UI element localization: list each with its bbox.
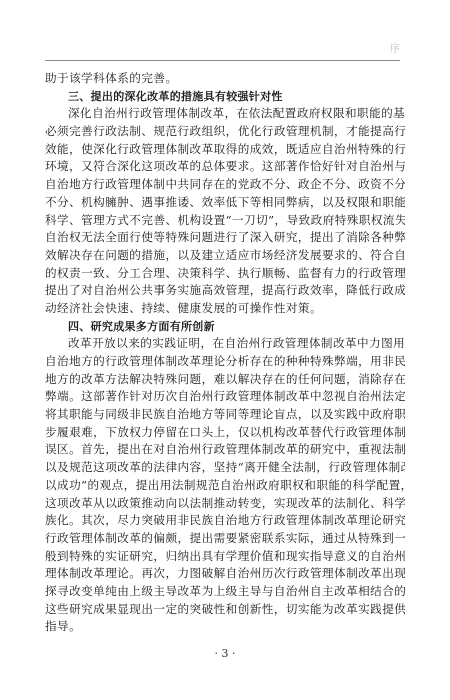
page-number: · 3 · — [0, 647, 450, 660]
paragraph-line: 动经济社会快速、持续、健康发展的可操作性对策。 — [45, 300, 405, 318]
paragraph-line: 将其职能与同级非民族自治地方等同等理论盲点，以及实践中政府职能转变 — [45, 406, 405, 424]
paragraph-line: 误区。首先，提出在对自治州行政管理体制改革的研究中，重视法制的作用 — [45, 441, 405, 459]
paragraph-line: 族化。其次，尽力突破用非民族自治地方行政管理体制改革理论研究自治州 — [45, 512, 405, 530]
paragraph-line: 弊端。这部著作针对历次自治州行政管理体制改革中忽视自治州法定权限， — [45, 388, 405, 406]
section-heading-3: 三、提出的深化改革的措施具有较强针对性 — [45, 88, 405, 106]
paragraph-line: 科学、管理方式不完善、机构设置“一刀切”，导致政府特殊职权流失、行政 — [45, 212, 405, 230]
header-rule — [45, 60, 400, 61]
paragraph-line: 提出了对自治州公共事务实施高效管理，提高行政效率，降低行政成本，推 — [45, 282, 405, 300]
paragraph-line: 深化自治州行政管理体制改革，在依法配置政府权限和职能的基础上， — [45, 105, 405, 123]
paragraph-line: 以成功”的观点，提出用法制规范自治州政府职权和职能的科学配置，促进 — [45, 477, 405, 495]
paragraph-line: 这些研究成果显现出一定的突破性和创新性，切实能为改革实践提供理论 — [45, 601, 405, 619]
paragraph-line: 以及规范这项改革的法律内容，坚持“离开健全法制，行政管理体制改革难 — [45, 459, 405, 477]
paragraph-line: 探寻改变单纯由上级主导改革为上级主导与自治州自主改革相结合的路径。 — [45, 583, 405, 601]
paragraph-line: 必须完善行政法制、规范行政组织，优化行政管理机制，才能提高行政管理 — [45, 123, 405, 141]
running-head-title: 序 — [45, 44, 400, 56]
section-heading-4: 四、研究成果多方面有所创新 — [45, 318, 405, 336]
paragraph-line: 的权责一致、分工合理、决策科学、执行顺畅、监督有力的行政管理体制； — [45, 265, 405, 283]
section-4-paragraph: 改革开放以来的实践证明，在自治州行政管理体制改革中力图用非民族 自治地方的行政管… — [45, 335, 405, 636]
paragraph-line: 改革开放以来的实践证明，在自治州行政管理体制改革中力图用非民族 — [45, 335, 405, 353]
paragraph-line: 行政管理体制改革的偏颇，提出需要紧密联系实际，通过从特殊到一般、一 — [45, 530, 405, 548]
paragraph-line: 步履艰难，下放权力停留在口头上，仅以机构改革替代行政管理体制改革等 — [45, 424, 405, 442]
section-3-paragraph: 深化自治州行政管理体制改革，在依法配置政府权限和职能的基础上， 必须完善行政法制… — [45, 105, 405, 317]
paragraph-line: 这项改革从以政策推动向以法制推动转变，实现改革的法制化、科学化和民 — [45, 495, 405, 513]
paragraph-line: 理体制改革理论。再次，力图破解自治州历次行政管理体制改革出现的怪圈， — [45, 565, 405, 583]
page-body: 助于该学科体系的完善。 三、提出的深化改革的措施具有较强针对性 深化自治州行政管… — [45, 70, 405, 636]
paragraph-line: 指导。 — [45, 618, 405, 636]
paragraph-line: 环境，又符合深化这项改革的总体要求。这部著作恰好针对自治州与非民族 — [45, 158, 405, 176]
paragraph-line: 效解决存在问题的措施，以及建立适应市场经济发展要求的、符合自身特点 — [45, 247, 405, 265]
paragraph-line: 般到特殊的实证研究，归纳出具有学理价值和现实指导意义的自治州行政管 — [45, 548, 405, 566]
carryover-line: 助于该学科体系的完善。 — [45, 70, 405, 88]
paragraph-line: 地方的改革方法解决特殊问题，难以解决存在的任何问题，消除存在的任何 — [45, 371, 405, 389]
paragraph-line: 自治地方的行政管理体制改革理论分析存在的种种特殊弊端，用非民族自治 — [45, 353, 405, 371]
paragraph-line: 自治权无法全面行使等特殊问题进行了深入研究，提出了消除各种弊端、有 — [45, 229, 405, 247]
paragraph-line: 效能，使深化行政管理体制改革取得的成效，既适应自治州特殊的行政生态 — [45, 141, 405, 159]
paragraph-line: 自治地方行政管理体制中共同存在的党政不分、政企不分、政资不分、政事 — [45, 176, 405, 194]
paragraph-line: 不分、机构臃肿、遇事推诿、效率低下等相同弊病，以及权限和职能配置不 — [45, 194, 405, 212]
